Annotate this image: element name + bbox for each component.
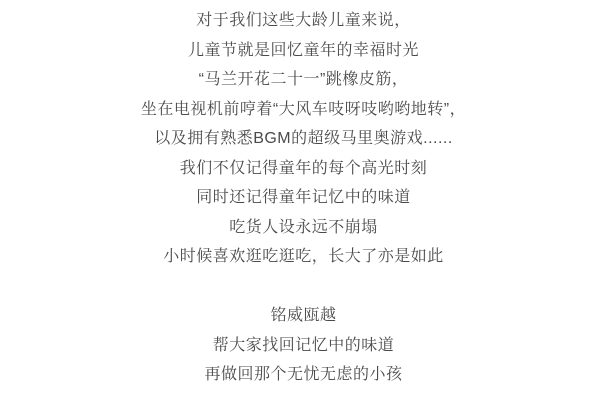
text-line-9: 小时候喜欢逛吃逛吃，长大了亦是如此 xyxy=(0,242,607,272)
text-line-6: 我们不仅记得童年的每个高光时刻 xyxy=(0,154,607,184)
blank-line xyxy=(0,272,607,302)
text-line-12: 再做回那个无忧无虑的小孩 xyxy=(0,360,607,390)
text-line-5: 以及拥有熟悉BGM的超级马里奥游戏...... xyxy=(0,124,607,154)
text-line-7: 同时还记得童年记忆中的味道 xyxy=(0,183,607,213)
text-line-3: “马兰开花二十一”跳橡皮筋， xyxy=(0,65,607,95)
text-line-8: 吃货人设永远不崩塌 xyxy=(0,213,607,243)
document-page: 对于我们这些大龄儿童来说， 儿童节就是回忆童年的幸福时光 “马兰开花二十一”跳橡… xyxy=(0,0,607,410)
text-line-4: 坐在电视机前哼着“大风车吱呀吱哟哟地转”， xyxy=(0,95,607,125)
text-line-11: 帮大家找回记忆中的味道 xyxy=(0,331,607,361)
text-line-1: 对于我们这些大龄儿童来说， xyxy=(0,6,607,36)
brand-name-line: 铭威瓯越 xyxy=(0,301,607,331)
text-line-2: 儿童节就是回忆童年的幸福时光 xyxy=(0,36,607,66)
